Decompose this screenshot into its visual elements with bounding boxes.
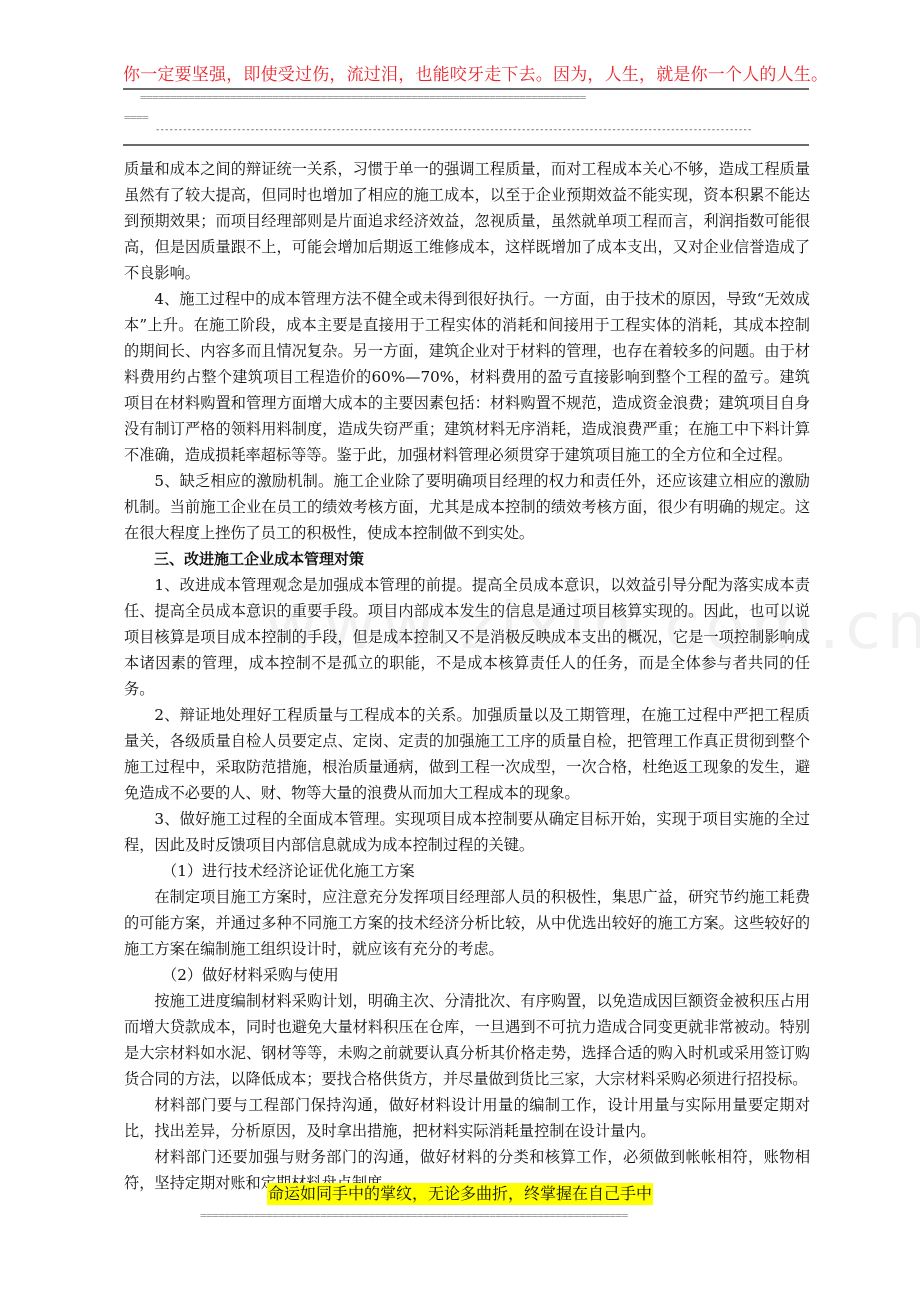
header-equals-separator: ========================================… [140, 92, 800, 104]
document-page: 你一定要坚强，即使受过伤，流过泪，也能咬牙走下去。因为，人生，就是你一个人的人生… [0, 0, 920, 1302]
header-equals-separator-wrap: ==== [124, 112, 164, 124]
paragraph-procurement: 按施工进度编制材料采购计划，明确主次、分清批次、有序购置，以免造成因巨额资金被积… [124, 988, 810, 1092]
header-quote: 你一定要坚强，即使受过伤，流过泪，也能咬牙走下去。因为，人生，就是你一个人的人生… [123, 64, 813, 86]
footer-quote-highlighted: 命运如同手中的掌纹，无论多曲折，终掌握在自己手中 [267, 1183, 653, 1205]
paragraph-point-4: 4、施工过程中的成本管理方法不健全或未得到很好执行。一方面，由于技术的原因，导致… [124, 286, 810, 468]
footer: 命运如同手中的掌纹，无论多曲折，终掌握在自己手中 [0, 1183, 920, 1205]
paragraph-material-engineering: 材料部门要与工程部门保持沟通，做好材料设计用量的编制工作，设计用量与实际用量要定… [124, 1092, 810, 1144]
footer-equals-separator: ========================================… [200, 1210, 768, 1222]
paragraph-quality-cost: 质量和成本之间的辩证统一关系，习惯于单一的强调工程质量，而对工程成本关心不够，造… [124, 156, 810, 286]
header-top-rule [123, 88, 809, 90]
paragraph-measure-3: 3、做好施工过程的全面成本管理。实现项目成本控制要从确定目标开始，实现于项目实施… [124, 806, 810, 858]
paragraph-point-5: 5、缺乏相应的激励机制。施工企业除了要明确项目经理的权力和责任外，还应该建立相应… [124, 468, 810, 546]
section-heading-3: 三、改进施工企业成本管理对策 [124, 546, 810, 572]
subheading-2: （2）做好材料采购与使用 [124, 962, 810, 988]
paragraph-measure-1: 1、改进成本管理观念是加强成本管理的前提。提高全员成本意识，以效益引导分配为落实… [124, 572, 810, 702]
document-body: 质量和成本之间的辩证统一关系，习惯于单一的强调工程质量，而对工程成本关心不够，造… [124, 156, 810, 1196]
paragraph-measure-2: 2、辩证地处理好工程质量与工程成本的关系。加强质量以及工期管理，在施工过程中严把… [124, 702, 810, 806]
subheading-1: （1）进行技术经济论证优化施工方案 [124, 858, 810, 884]
header-bottom-rule [123, 144, 809, 146]
paragraph-construction-plan: 在制定项目施工方案时，应注意充分发挥项目经理部人员的积极性，集思广益，研究节约施… [124, 884, 810, 962]
header-dash-separator: ----------------------------------------… [155, 125, 775, 135]
